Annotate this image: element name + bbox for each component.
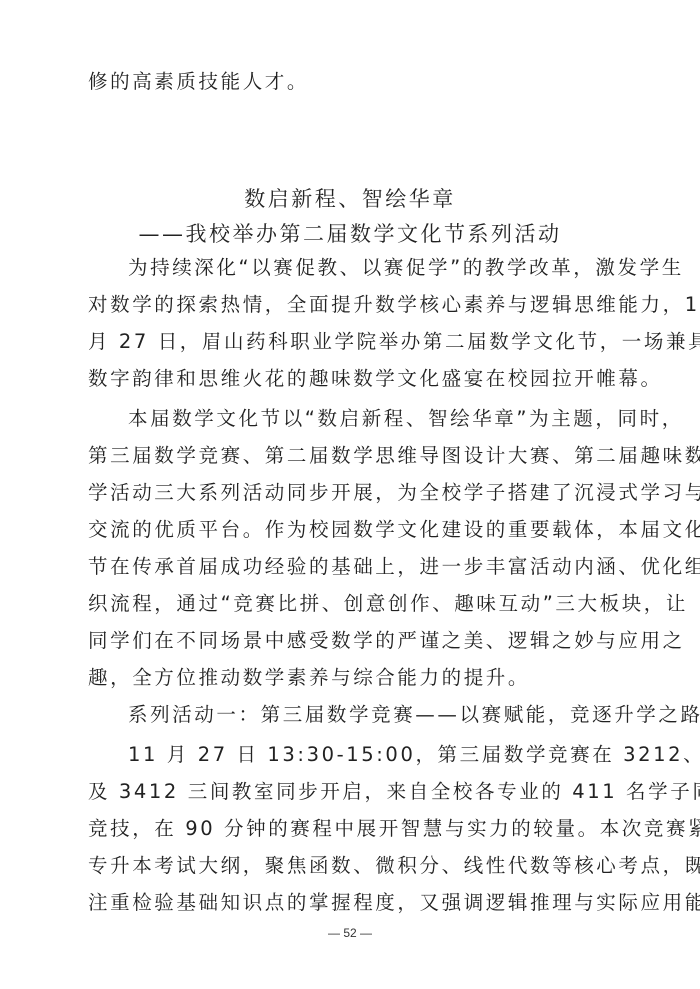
text-line: 对数学的探索热情，全面提升数学核心素养与逻辑思维能力，11 <box>88 293 616 317</box>
text-line: 本届数学文化节以“数启新程、智绘华章”为主题，同时， <box>128 407 616 431</box>
text-line: 交流的优质平台。作为校园数学文化建设的重要载体，本届文化 <box>88 518 616 542</box>
page-number: — 52 — <box>0 926 700 940</box>
text-line: 月 27 日，眉山药科职业学院举办第二届数学文化节，一场兼具 <box>88 330 616 354</box>
carryover-text-line: 修的高素质技能人才。 <box>88 70 616 94</box>
article-subtitle: ——我校举办第二届数学文化节系列活动 <box>0 218 700 248</box>
text-line: 为持续深化“以赛促教、以赛促学”的教学改革，激发学生 <box>128 256 616 280</box>
text-line: 及 3412 三间教室同步开启，来自全校各专业的 411 名学子同台 <box>88 780 616 804</box>
text-line: 系列活动一：第三届数学竞赛——以赛赋能，竞逐升学之路 <box>128 703 616 727</box>
text-line: 注重检验基础知识点的掌握程度，又强调逻辑推理与实际应用能 <box>88 891 616 915</box>
text-line: 织流程，通过“竞赛比拼、创意创作、趣味互动”三大板块，让 <box>88 592 616 616</box>
text-line: 竞技，在 90 分钟的赛程中展开智慧与实力的较量。本次竞赛紧扣 <box>88 817 616 841</box>
text-line: 专升本考试大纲，聚焦函数、微积分、线性代数等核心考点，既 <box>88 854 616 878</box>
article-title: 数启新程、智绘华章 <box>0 183 700 213</box>
text-line: 数字韵律和思维火花的趣味数学文化盛宴在校园拉开帷幕。 <box>88 367 616 391</box>
text-line: 学活动三大系列活动同步开展，为全校学子搭建了沉浸式学习与 <box>88 481 616 505</box>
text-line: 趣，全方位推动数学素养与综合能力的提升。 <box>88 666 616 690</box>
text-line: 节在传承首届成功经验的基础上，进一步丰富活动内涵、优化组 <box>88 555 616 579</box>
text-line: 同学们在不同场景中感受数学的严谨之美、逻辑之妙与应用之 <box>88 629 616 653</box>
text-line: 11 月 27 日 13:30-15:00，第三届数学竞赛在 3212、3312… <box>128 743 616 767</box>
text-line: 第三届数学竞赛、第二届数学思维导图设计大赛、第二届趣味数 <box>88 444 616 468</box>
